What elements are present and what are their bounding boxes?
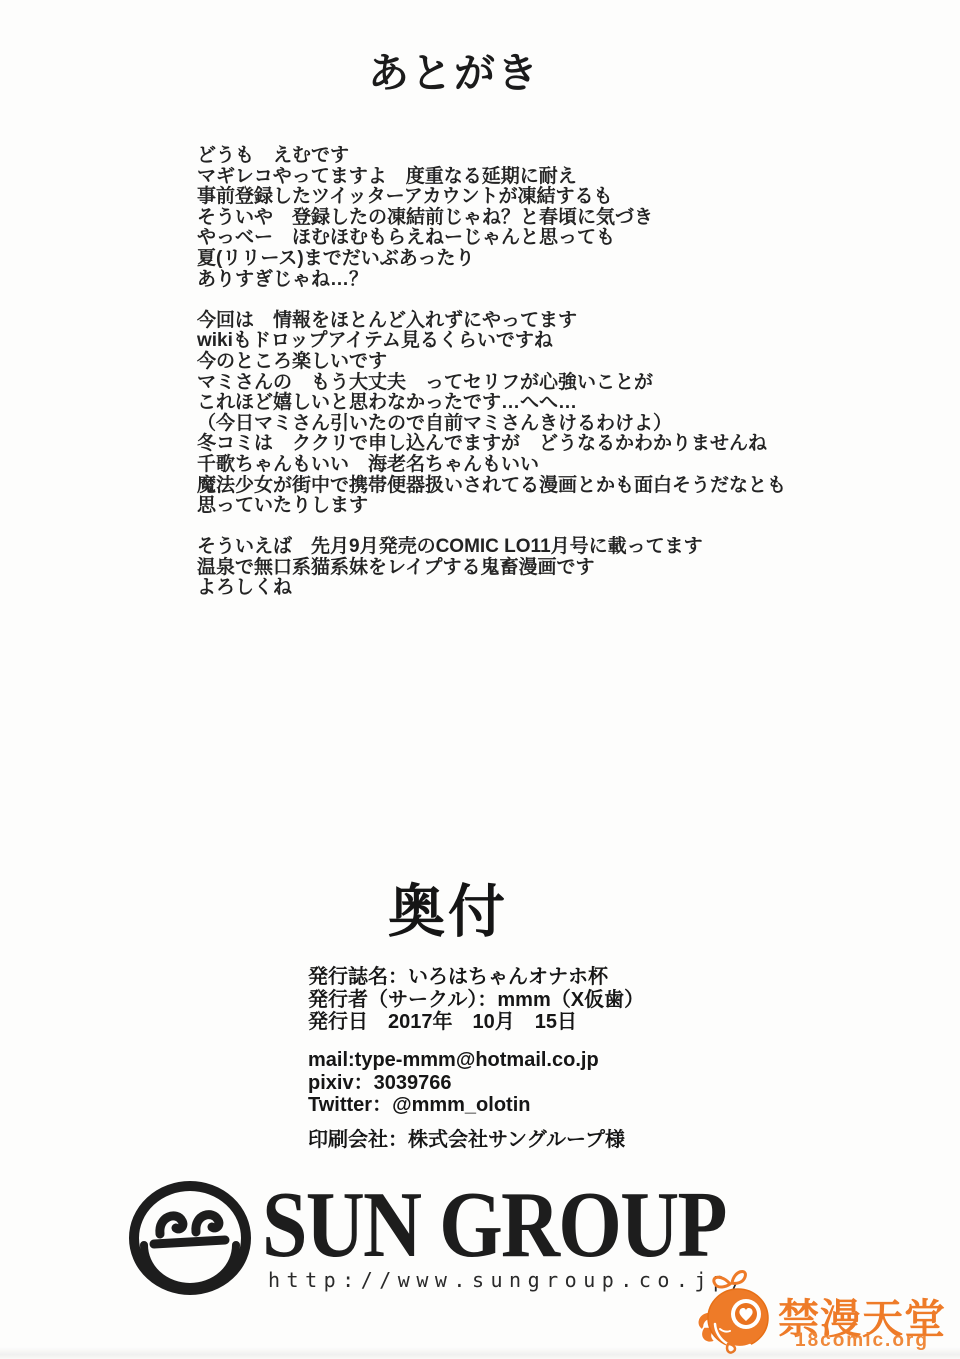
afterword-title: あとがき xyxy=(0,40,934,99)
scan-edge-shadow xyxy=(0,1347,960,1359)
colophon-publication-line: 発行日 2017年 10月 15日 xyxy=(308,1011,644,1034)
afterword-text-line: 千歌ちゃんもいい 海老名ちゃんもいい xyxy=(197,455,857,476)
afterword-text-line: ありすぎじゃね…？ xyxy=(197,270,857,291)
afterword-text-line: マギレコやってますよ 度重なる延期に耐え xyxy=(197,167,857,188)
watermark-whale-mascot-icon xyxy=(692,1266,782,1358)
afterword-text-line: 今回は 情報をほとんど入れずにやってます xyxy=(197,311,857,332)
afterword-text-line: 事前登録したツイッターアカウントが凍結するも xyxy=(197,187,857,208)
afterword-text-line: やっべー ほむほむもらえねーじゃんと思っても xyxy=(197,228,857,249)
afterword-text-line xyxy=(197,517,857,538)
afterword-text-block: どうも えむですマギレコやってますよ 度重なる延期に耐え事前登録したツイッターア… xyxy=(197,146,857,599)
colophon-publication-block: 発行誌名：いろはちゃんオナホ杯発行者（サークル）：mmm（X仮歯）発行日 201… xyxy=(308,966,644,1034)
sun-group-emblem-icon xyxy=(126,1181,254,1295)
colophon-contact-line: mail:type-mmm@hotmail.co.jp xyxy=(308,1049,599,1072)
scanned-doujin-page: あとがき どうも えむですマギレコやってますよ 度重なる延期に耐え事前登録したツ… xyxy=(0,0,960,1359)
afterword-text-line: 温泉で無口系猫系妹をレイプする鬼畜漫画です xyxy=(197,558,857,579)
colophon-contact-line: Twitter：@mmm_olotin xyxy=(308,1094,599,1117)
sun-group-wordmark: SUN GROUP xyxy=(262,1181,726,1269)
afterword-text-line: wikiもドロップアイテム見るくらいですね xyxy=(197,331,857,352)
colophon-contact-block: mail:type-mmm@hotmail.co.jppixiv：3039766… xyxy=(308,1049,599,1117)
afterword-text-line xyxy=(197,290,857,311)
afterword-text-line: マミさんの もう大丈夫 ってセリフが心強いことが xyxy=(197,373,857,394)
afterword-text-line: よろしくね xyxy=(197,578,857,599)
afterword-text-line: どうも えむです xyxy=(197,146,857,167)
colophon-publication-line: 発行誌名：いろはちゃんオナホ杯 xyxy=(308,966,644,989)
colophon-printer-line: 印刷会社：株式会社サングループ様 xyxy=(308,1129,625,1152)
afterword-text-line: （今日マミさん引いたので自前マミさんきけるわけよ） xyxy=(197,414,857,435)
afterword-text-line: そういや 登録したの凍結前じゃね？と春頃に気づき xyxy=(197,208,857,229)
afterword-text-line: そういえば 先月9月発売のCOMIC LO11月号に載ってます xyxy=(197,537,857,558)
afterword-text-line: 思っていたりします xyxy=(197,496,857,517)
afterword-text-line: 今のところ楽しいです xyxy=(197,352,857,373)
colophon-title: 奥付 xyxy=(0,866,928,948)
colophon-contact-line: pixiv：3039766 xyxy=(308,1072,599,1095)
afterword-text-line: 魔法少女が街中で携帯便器扱いされてる漫画とかも面白そうだなとも xyxy=(197,476,857,497)
afterword-text-line: 冬コミは ククリで申し込んでますが どうなるかわかりませんね xyxy=(197,434,857,455)
sun-group-url: http://www.sungroup.co.jp/ xyxy=(268,1268,750,1292)
afterword-text-line: 夏(リリース)までだいぶあったり xyxy=(197,249,857,270)
colophon-publication-line: 発行者（サークル）：mmm（X仮歯） xyxy=(308,989,644,1012)
afterword-text-line: これほど嬉しいと思わなかったです…へへ… xyxy=(197,393,857,414)
